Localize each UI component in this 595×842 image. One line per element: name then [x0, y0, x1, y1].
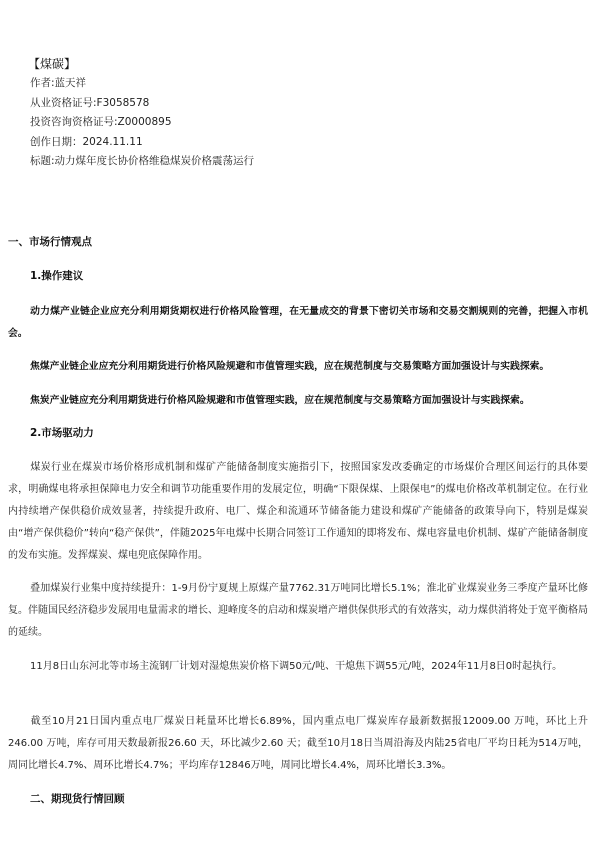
driver-text: 11月8日山东河北等市场主流钢厂计划对湿熄焦炭价格下调50元/吨、干熄焦下调55…	[30, 661, 562, 672]
driver-text: 截至10月21日国内重点电厂煤炭日耗量环比增长6.89%，国内重点电厂煤炭库存最…	[8, 716, 588, 771]
driver-text: 煤炭行业在煤炭市场价格形成机制和煤矿产能储备制度实施指引下，按照国家发改委确定的…	[8, 462, 588, 561]
advice-text: 焦炭产业链应充分利用期货进行价格风险规避和市值管理实践，应在规范制度与交易策略方…	[30, 395, 530, 406]
section-heading-market-review: 二、期现货行情回顾	[30, 791, 125, 806]
author: 作者:蓝天祥	[30, 74, 254, 94]
creation-date: 创作日期：2024.11.11	[30, 133, 254, 153]
report-title: 标题:动力煤年度长协价格维稳煤炭价格震荡运行	[30, 152, 254, 172]
advisory-certificate: 投资咨询资格证号:Z0000895	[30, 113, 254, 133]
report-metadata: 【煤碳】 作者:蓝天祥 从业资格证号:F3058578 投资咨询资格证号:Z00…	[30, 54, 254, 172]
advice-paragraph-thermal-coal: 动力煤产业链企业应充分利用期货期权进行价格风险管理，在无量成交的背景下密切关市场…	[8, 301, 588, 345]
advice-text: 焦煤产业链企业应充分利用期货进行价格风险规避和市值管理实践，应在规范制度与交易策…	[30, 361, 549, 372]
driver-paragraph-coke-price: 11月8日山东河北等市场主流钢厂计划对湿熄焦炭价格下调50元/吨、干熄焦下调55…	[8, 656, 588, 678]
advice-paragraph-coking-coal: 焦煤产业链企业应充分利用期货进行价格风险规避和市值管理实践，应在规范制度与交易策…	[8, 356, 588, 378]
advice-text: 动力煤产业链企业应充分利用期货期权进行价格风险管理，在无量成交的背景下密切关市场…	[8, 306, 588, 339]
subsection-heading-market-drivers: 2.市场驱动力	[30, 425, 94, 440]
document-page: 【煤碳】 作者:蓝天祥 从业资格证号:F3058578 投资咨询资格证号:Z00…	[0, 0, 595, 842]
driver-paragraph-inventory: 截至10月21日国内重点电厂煤炭日耗量环比增长6.89%，国内重点电厂煤炭库存最…	[8, 711, 588, 777]
subsection-heading-operation-advice: 1.操作建议	[30, 268, 83, 283]
practice-certificate: 从业资格证号:F3058578	[30, 94, 254, 114]
driver-paragraph-policy: 煤炭行业在煤炭市场价格形成机制和煤矿产能储备制度实施指引下，按照国家发改委确定的…	[8, 457, 588, 567]
section-heading-market-view: 一、市场行情观点	[8, 234, 92, 249]
driver-text: 叠加煤炭行业集中度持续提升：1-9月份宁夏规上原煤产量7762.31万吨同比增长…	[8, 583, 588, 638]
driver-paragraph-supply: 叠加煤炭行业集中度持续提升：1-9月份宁夏规上原煤产量7762.31万吨同比增长…	[8, 578, 588, 644]
report-category: 【煤碳】	[28, 54, 254, 74]
advice-paragraph-coke: 焦炭产业链应充分利用期货进行价格风险规避和市值管理实践，应在规范制度与交易策略方…	[8, 390, 588, 412]
